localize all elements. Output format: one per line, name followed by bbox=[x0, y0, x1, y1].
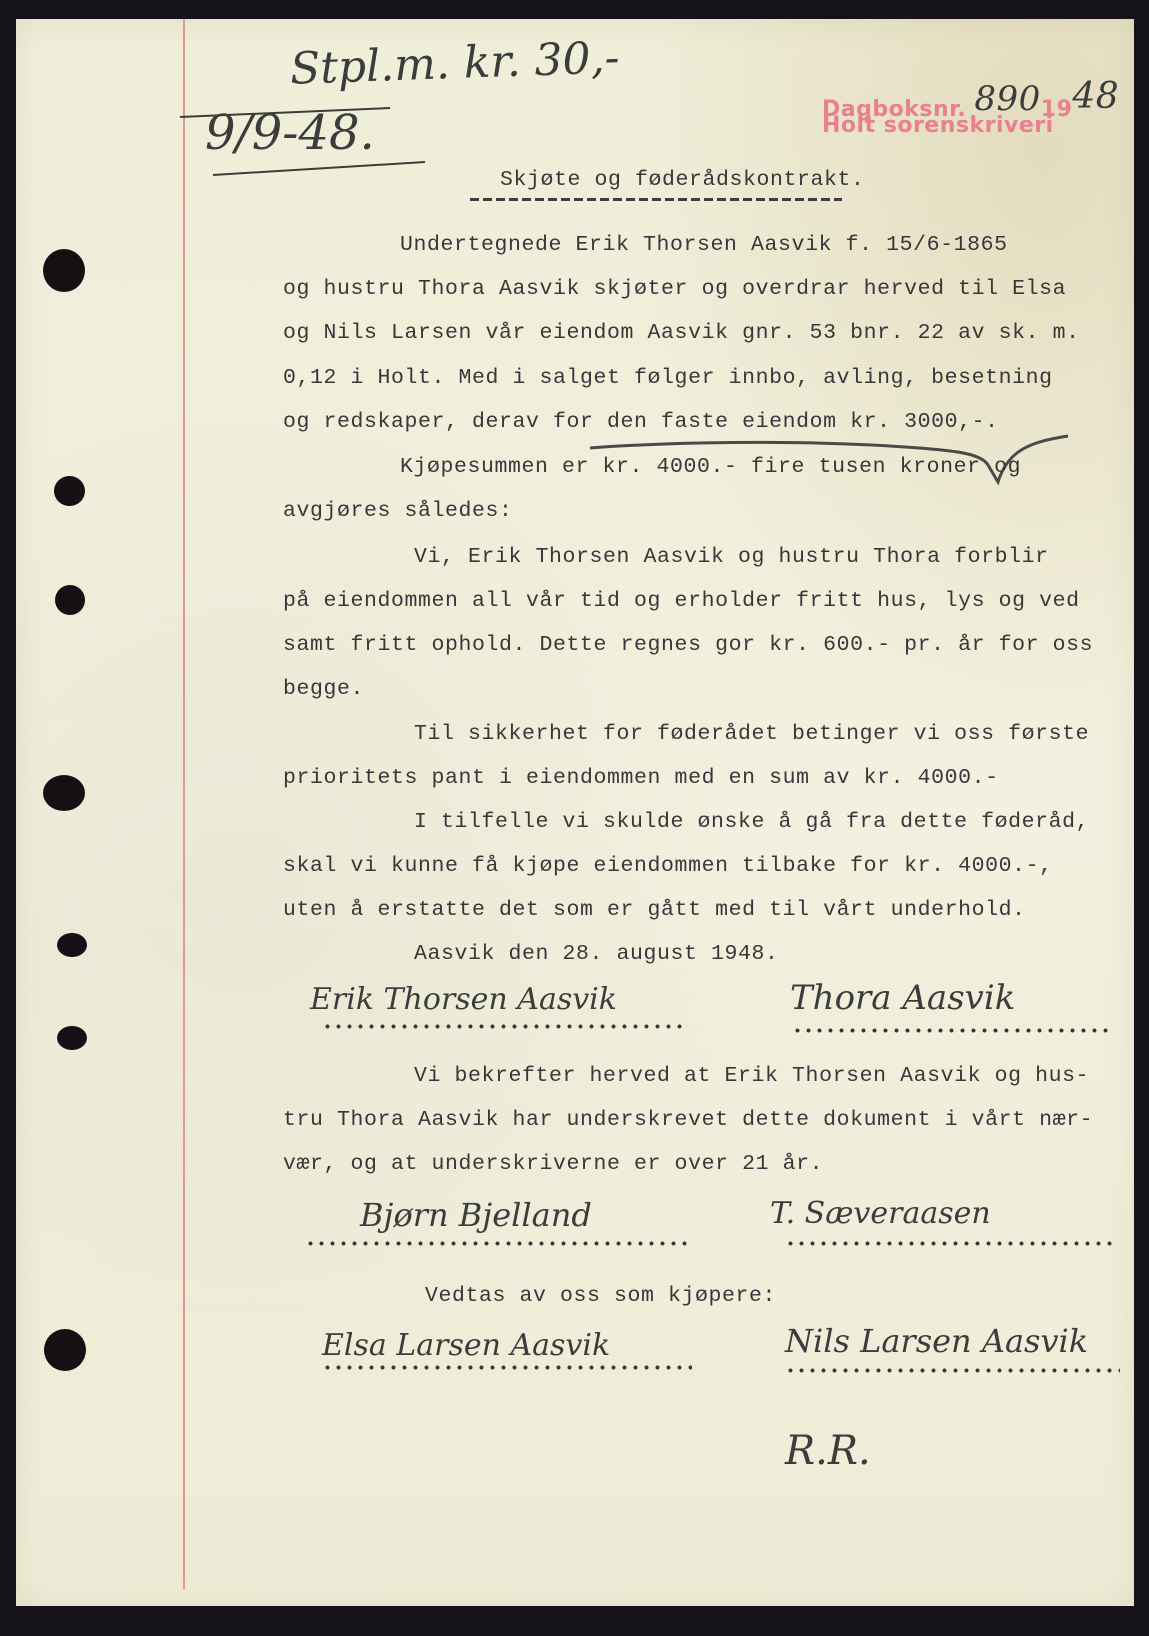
registry-stamp-line2: Holt sorenskriveri bbox=[822, 113, 1054, 138]
punch-hole-icon bbox=[57, 933, 87, 957]
punch-hole-icon bbox=[43, 775, 85, 811]
body-line: Kjøpesummen er kr. 4000.- fire tusen kro… bbox=[400, 455, 1021, 479]
seller-signature: Erik Thorsen Aasvik bbox=[310, 982, 617, 1017]
punch-hole-icon bbox=[43, 249, 85, 292]
signature-line-dots bbox=[792, 1028, 1114, 1033]
body-line: 0,12 i Holt. Med i salget følger innbo, … bbox=[283, 366, 1053, 390]
witness-line: tru Thora Aasvik har underskrevet dette … bbox=[283, 1108, 1093, 1132]
signature-line-dots bbox=[322, 1365, 692, 1370]
punch-hole-icon bbox=[54, 476, 85, 506]
body-line: I tilfelle vi skulde ønske å gå fra dett… bbox=[414, 810, 1089, 834]
buyer-signature: Elsa Larsen Aasvik bbox=[322, 1328, 610, 1363]
body-line: uten å erstatte det som er gått med til … bbox=[283, 898, 1026, 922]
signature-line-dots bbox=[322, 1024, 687, 1029]
buyers-heading: Vedtas av oss som kjøpere: bbox=[425, 1284, 776, 1308]
title-underline bbox=[470, 198, 842, 201]
signature-line-dots bbox=[785, 1368, 1120, 1373]
document-title: Skjøte og føderådskontrakt. bbox=[500, 168, 865, 192]
initials: R.R. bbox=[785, 1428, 871, 1474]
body-line: Vi, Erik Thorsen Aasvik og hustru Thora … bbox=[414, 545, 1049, 569]
red-margin-line bbox=[183, 19, 185, 1589]
body-line: på eiendommen all vår tid og erholder fr… bbox=[283, 589, 1080, 613]
signature-line-dots bbox=[785, 1241, 1115, 1246]
punch-hole-icon bbox=[55, 585, 85, 615]
handwritten-underline-icon bbox=[175, 100, 405, 190]
seller-signature: Thora Aasvik bbox=[790, 978, 1015, 1018]
body-line: samt fritt ophold. Dette regnes gor kr. … bbox=[283, 633, 1093, 657]
witness-signature: T. Sæveraasen bbox=[770, 1196, 991, 1231]
body-line: prioritets pant i eiendommen med en sum … bbox=[283, 766, 999, 790]
witness-line: vær, og at underskriverne er over 21 år. bbox=[283, 1152, 823, 1176]
body-line: og hustru Thora Aasvik skjøter og overdr… bbox=[283, 277, 1066, 301]
body-line: Til sikkerhet for føderådet betinger vi … bbox=[414, 722, 1089, 746]
witness-line: Vi bekrefter herved at Erik Thorsen Aasv… bbox=[414, 1064, 1089, 1088]
body-line: begge. bbox=[283, 677, 364, 701]
punch-hole-icon bbox=[44, 1329, 86, 1371]
body-line: og redskaper, derav for den faste eiendo… bbox=[283, 410, 999, 434]
signature-line-dots bbox=[305, 1241, 690, 1246]
body-line: avgjøres således: bbox=[283, 499, 513, 523]
punch-hole-icon bbox=[57, 1026, 87, 1050]
witness-signature: Bjørn Bjelland bbox=[360, 1196, 592, 1234]
body-line: skal vi kunne få kjøpe eiendommen tilbak… bbox=[283, 854, 1053, 878]
stamp-year-written: 48 bbox=[1072, 76, 1119, 117]
place-date-line: Aasvik den 28. august 1948. bbox=[414, 942, 779, 966]
body-line: Undertegnede Erik Thorsen Aasvik f. 15/6… bbox=[400, 233, 1008, 257]
body-line: og Nils Larsen vår eiendom Aasvik gnr. 5… bbox=[283, 321, 1080, 345]
buyer-signature: Nils Larsen Aasvik bbox=[785, 1322, 1088, 1360]
